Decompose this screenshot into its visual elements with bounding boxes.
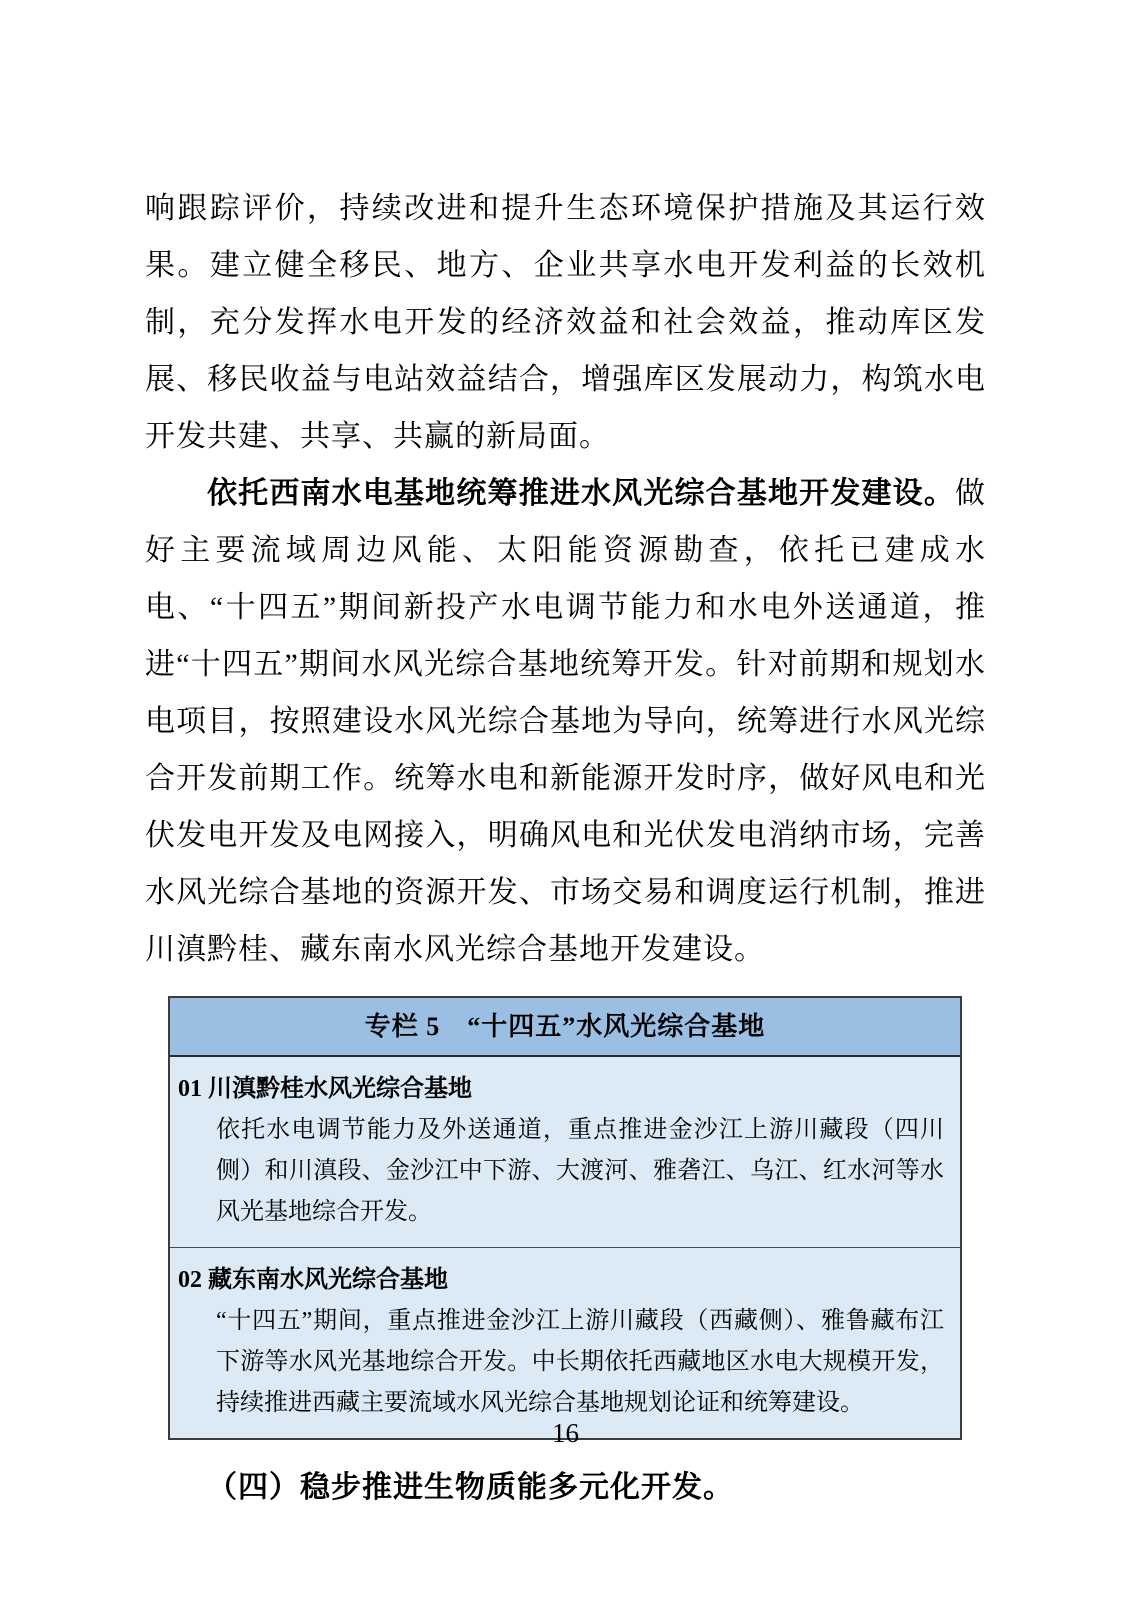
box-section-1-title-text: 川滇黔桂水风光综合基地 bbox=[208, 1076, 472, 1102]
page-number: 16 bbox=[0, 1418, 1131, 1449]
box-section-2-number: 02 bbox=[178, 1267, 202, 1293]
paragraph-hydropower-benefits: 响跟踪评价，持续改进和提升生态环境保护措施及其运行效果。建立健全移民、地方、企业… bbox=[145, 180, 986, 465]
paragraph-lead-sentence: 依托西南水电基地统筹推进水风光综合基地开发建设。 bbox=[207, 477, 955, 510]
paragraph-body-text: 做好主要流域周边风能、太阳能资源勘查，依托已建成水电、“十四五”期间新投产水电调… bbox=[145, 477, 986, 966]
document-page: 响跟踪评价，持续改进和提升生态环境保护措施及其运行效果。建立健全移民、地方、企业… bbox=[0, 0, 1131, 1600]
callout-box-body: 01川滇黔桂水风光综合基地 依托水电调节能力及外送通道，重点推进金沙江上游川藏段… bbox=[170, 1057, 960, 1438]
box-section-2-body: “十四五”期间，重点推进金沙江上游川藏段（西藏侧）、雅鲁藏布江下游等水风光基地综… bbox=[216, 1301, 944, 1424]
paragraph-integrated-bases: 依托西南水电基地统筹推进水风光综合基地开发建设。做好主要流域周边风能、太阳能资源… bbox=[145, 465, 986, 978]
box-section-1-number: 01 bbox=[178, 1076, 202, 1102]
box-section-1-body: 依托水电调节能力及外送通道，重点推进金沙江上游川藏段（四川侧）和川滇段、金沙江中… bbox=[216, 1110, 944, 1233]
box-section-1-title: 01川滇黔桂水风光综合基地 bbox=[178, 1069, 944, 1110]
box-section-2: 02藏东南水风光综合基地 “十四五”期间，重点推进金沙江上游川藏段（西藏侧）、雅… bbox=[170, 1248, 960, 1438]
box-section-2-title-text: 藏东南水风光综合基地 bbox=[208, 1267, 448, 1293]
page-content: 响跟踪评价，持续改进和提升生态环境保护措施及其运行效果。建立健全移民、地方、企业… bbox=[145, 180, 986, 1510]
callout-box-title: 专栏 5 “十四五”水风光综合基地 bbox=[170, 998, 960, 1057]
box-section-2-title: 02藏东南水风光综合基地 bbox=[178, 1260, 944, 1301]
callout-box-column5: 专栏 5 “十四五”水风光综合基地 01川滇黔桂水风光综合基地 依托水电调节能力… bbox=[168, 996, 962, 1440]
box-section-1: 01川滇黔桂水风光综合基地 依托水电调节能力及外送通道，重点推进金沙江上游川藏段… bbox=[170, 1057, 960, 1247]
subsection-heading-biomass: （四）稳步推进生物质能多元化开发。 bbox=[145, 1466, 986, 1510]
